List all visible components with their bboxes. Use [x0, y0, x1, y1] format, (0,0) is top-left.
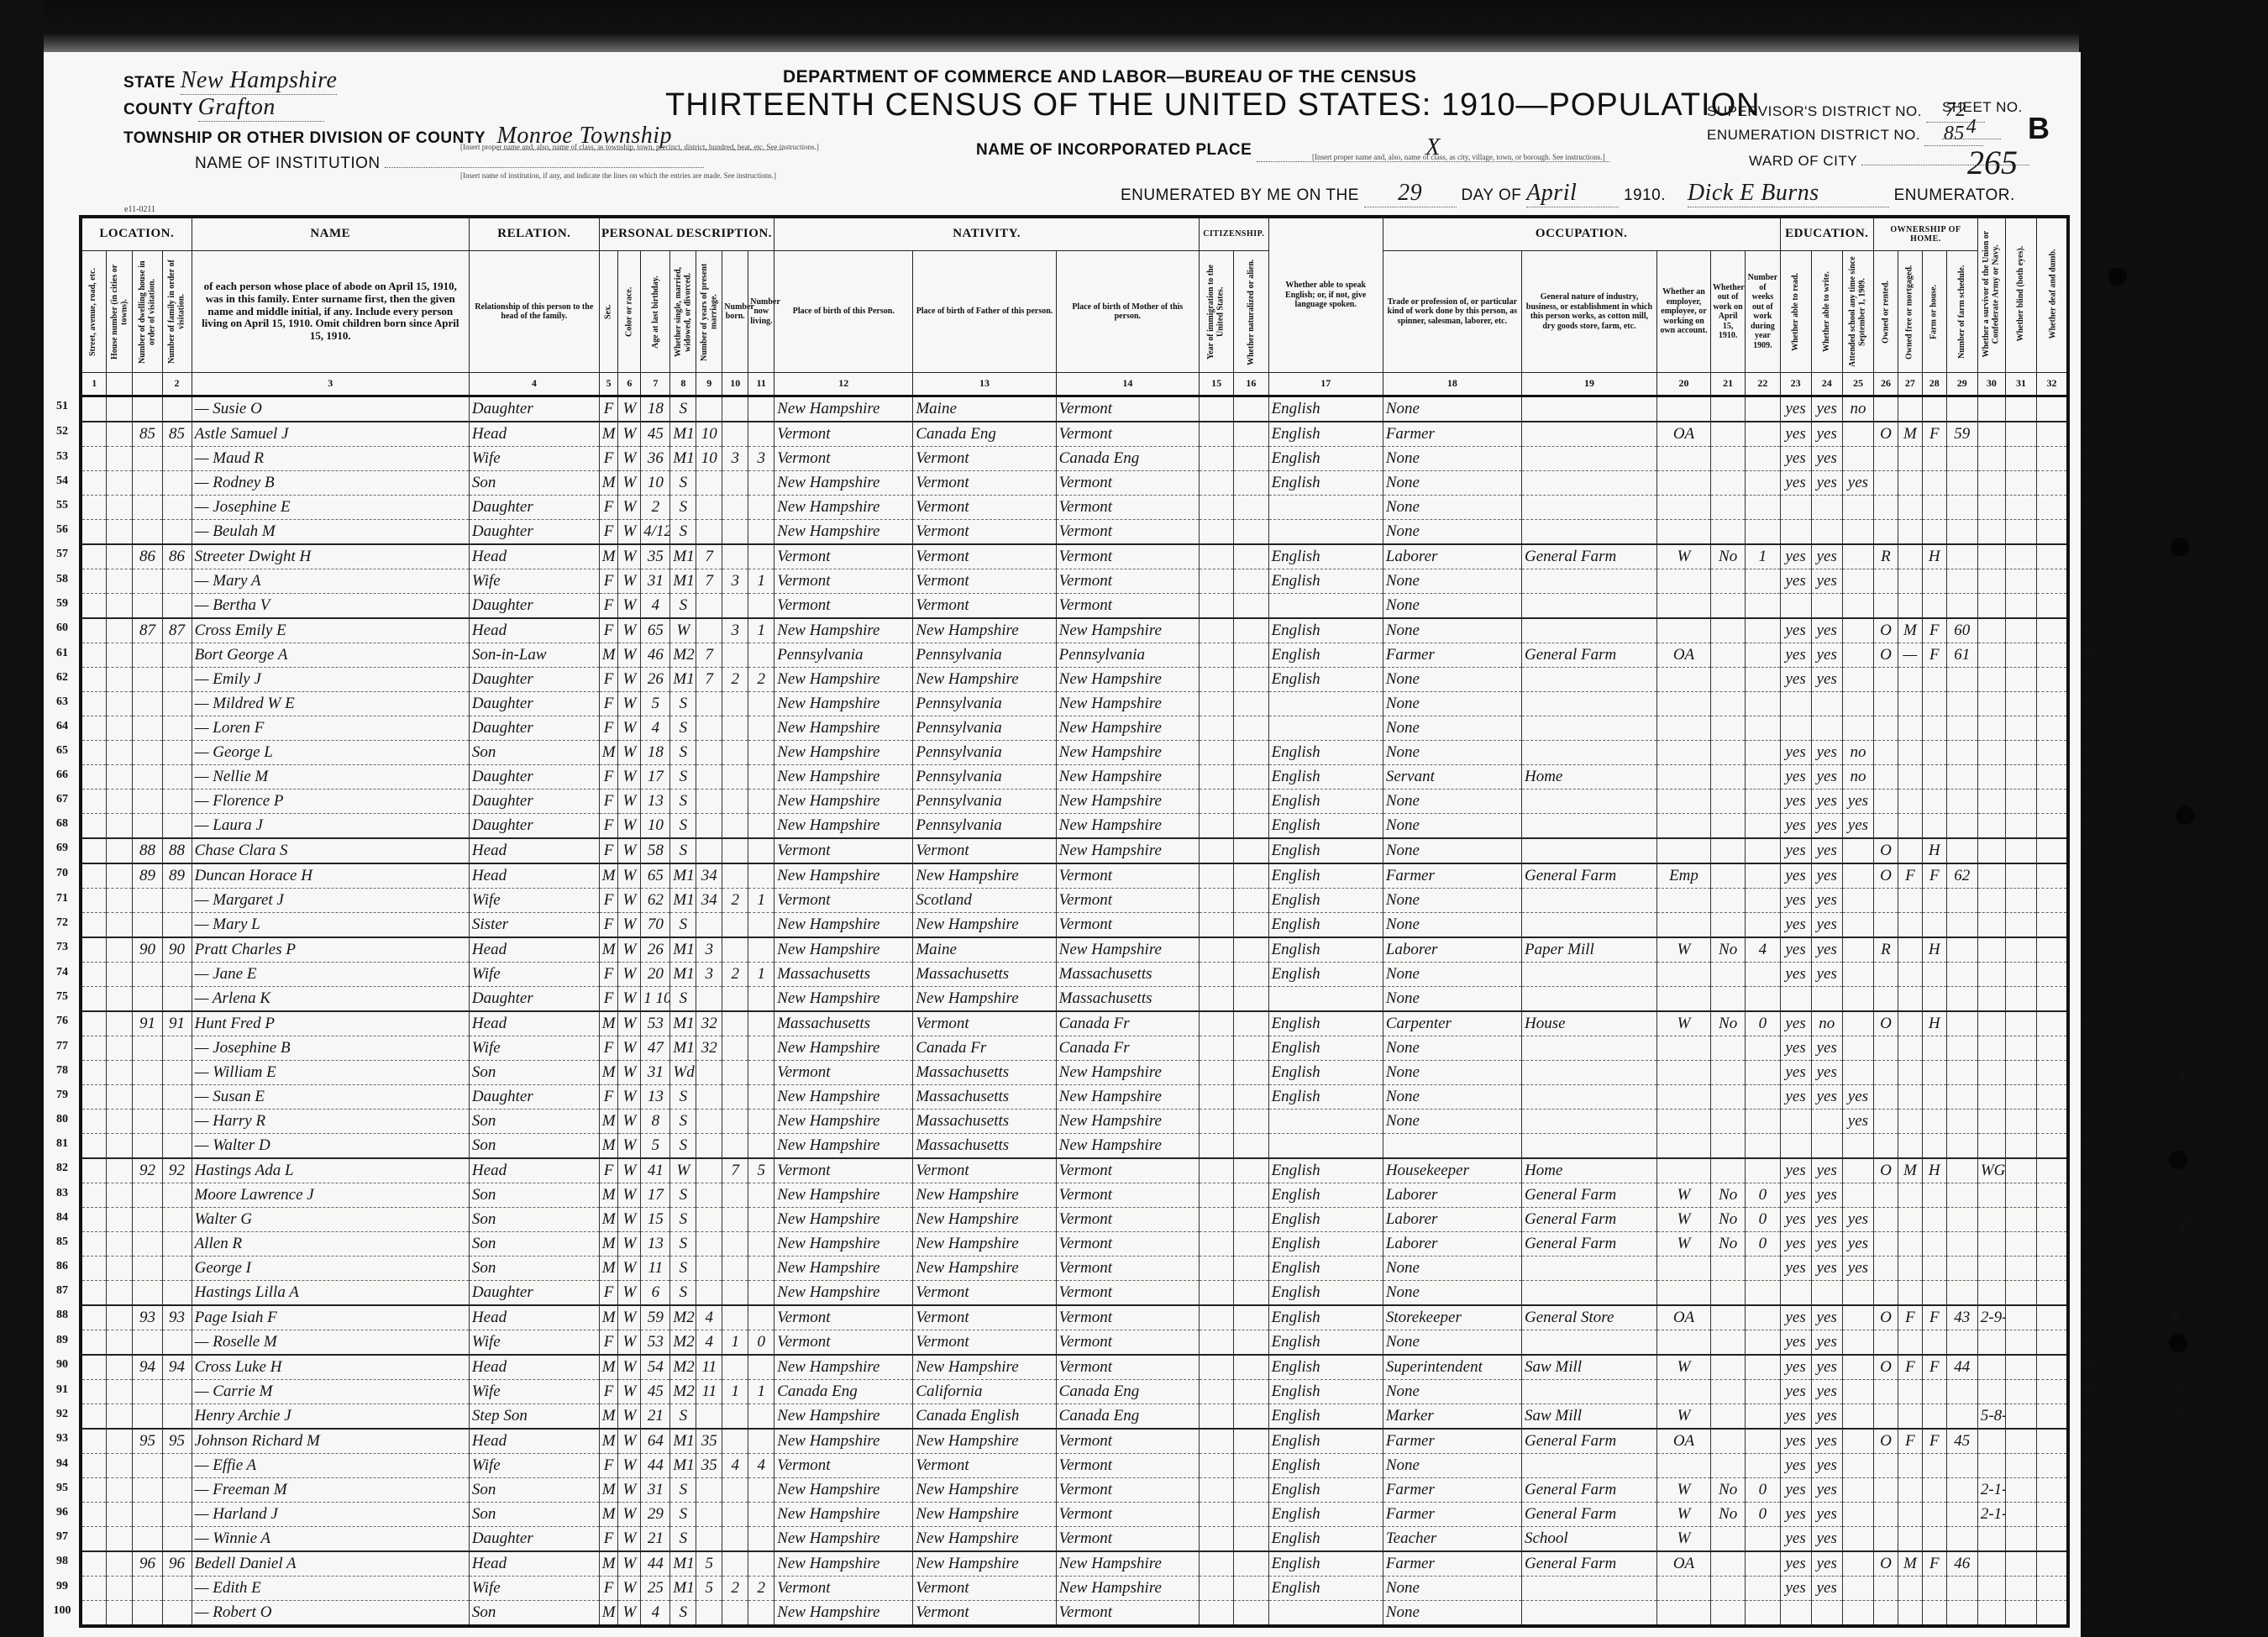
cell-empty — [1234, 692, 1268, 716]
line-number-left: 54 — [47, 475, 77, 488]
cell-years-married — [696, 496, 722, 520]
cell-read — [1780, 520, 1811, 545]
cell-empty — [107, 569, 133, 594]
cell-occupation: Laborer — [1383, 544, 1521, 569]
cell-sex: M — [599, 471, 618, 496]
cell-industry — [1521, 1380, 1656, 1404]
cell-out — [1710, 987, 1745, 1012]
cell-living: 2 — [748, 668, 774, 692]
cell-empty — [2005, 1061, 2036, 1085]
cell-years-married — [696, 1281, 722, 1306]
cell-occupation: None — [1383, 692, 1521, 716]
cell-birth: New Hampshire — [774, 496, 913, 520]
cell-industry — [1521, 569, 1656, 594]
cell-birth: New Hampshire — [774, 618, 913, 643]
cell-empty — [1234, 1257, 1268, 1281]
cell-own — [1874, 1257, 1898, 1281]
incorporated-place-note: [Insert proper name and, also, name of c… — [1312, 153, 1605, 161]
cell-birth: New Hampshire — [774, 1257, 913, 1281]
cell-write: yes — [1811, 643, 1842, 668]
cell-write: yes — [1811, 790, 1842, 814]
cell-empty — [2037, 1208, 2068, 1232]
cell-farm: H — [1922, 1158, 1946, 1183]
cell-extra — [1977, 422, 2005, 447]
cell-occupation: None — [1383, 1281, 1521, 1306]
cell-extra — [1977, 987, 2005, 1012]
cell-empty — [1234, 668, 1268, 692]
cell-schedule — [1946, 1208, 1977, 1232]
cell-schedule: 45 — [1946, 1429, 1977, 1454]
cell-own — [1874, 520, 1898, 545]
cell-emp — [1656, 471, 1710, 496]
column-number: 25 — [1842, 373, 1873, 396]
cell-english: English — [1268, 1380, 1383, 1404]
cell-emp — [1656, 1330, 1710, 1356]
line-number: 57 — [2075, 548, 2108, 561]
cell-empty — [1199, 1036, 1233, 1061]
cell-name: — Josephine B — [192, 1036, 469, 1061]
cell-birth: New Hampshire — [774, 790, 913, 814]
cell-marital: M1 — [670, 668, 696, 692]
cell-empty — [1234, 1355, 1268, 1380]
cell-empty — [1199, 1330, 1233, 1356]
cell-age: 4 — [641, 594, 670, 619]
line-number-left: 86 — [47, 1260, 77, 1273]
group-education: EDUCATION. — [1780, 217, 1874, 251]
cell-empty — [2037, 1355, 2068, 1380]
cell-race: W — [618, 1281, 641, 1306]
cell-weeks: 4 — [1746, 937, 1780, 963]
cell-age: 13 — [641, 790, 670, 814]
cell-extra — [1977, 396, 2005, 422]
cell-birth: Vermont — [774, 447, 913, 471]
cell-family — [162, 716, 192, 741]
cell-empty — [2037, 1085, 2068, 1110]
cell-free — [1898, 838, 1922, 863]
cell-weeks — [1746, 1429, 1780, 1454]
cell-father-birth: Vermont — [913, 1158, 1056, 1183]
cell-living — [748, 1061, 774, 1085]
cell-extra — [1977, 1355, 2005, 1380]
cell-empty — [1234, 1330, 1268, 1356]
cell-years-married: 35 — [696, 1429, 722, 1454]
line-number-left: 98 — [47, 1555, 77, 1568]
cell-extra — [1977, 765, 2005, 790]
cell-read: yes — [1780, 838, 1811, 863]
cell-marital: M1 — [670, 863, 696, 889]
cell-emp — [1656, 1134, 1710, 1159]
cell-empty — [2037, 1110, 2068, 1134]
cell-name: Allen R — [192, 1232, 469, 1257]
cell-father-birth: New Hampshire — [913, 1551, 1056, 1577]
table-row: — Walter DSonMW5SNew HampshireMassachuse… — [81, 1134, 2068, 1159]
table-row: — Carrie MWifeFW45M21111Canada EngCalifo… — [81, 1380, 2068, 1404]
cell-years-married — [696, 520, 722, 545]
cell-read — [1780, 1110, 1811, 1134]
cell-empty — [107, 1551, 133, 1577]
cell-dwelling — [133, 889, 162, 913]
cell-empty — [1199, 1158, 1233, 1183]
cell-write: yes — [1811, 963, 1842, 987]
enumerated-label: ENUMERATED BY ME ON THE — [1121, 186, 1359, 204]
cell-occupation: None — [1383, 496, 1521, 520]
cell-birth: New Hampshire — [774, 692, 913, 716]
cell-family — [162, 1330, 192, 1356]
cell-name: Cross Emily E — [192, 618, 469, 643]
cell-empty — [2005, 1158, 2036, 1183]
cell-age: 47 — [641, 1036, 670, 1061]
col23-header: Whether able to read. — [1780, 251, 1811, 373]
cell-race: W — [618, 1478, 641, 1503]
cell-born: 4 — [722, 1454, 748, 1478]
cell-school: no — [1842, 396, 1873, 422]
cell-living: 4 — [748, 1454, 774, 1478]
census-title: THIRTEENTH CENSUS OF THE UNITED STATES: … — [665, 87, 1761, 123]
cell-mother-birth: Vermont — [1056, 1503, 1199, 1527]
cell-age: 10 — [641, 471, 670, 496]
table-row: George ISonMW11SNew HampshireNew Hampshi… — [81, 1257, 2068, 1281]
cell-race: W — [618, 447, 641, 471]
cell-empty — [2005, 1355, 2036, 1380]
cell-extra — [1977, 889, 2005, 913]
cell-relation: Wife — [469, 1036, 599, 1061]
cell-living — [748, 716, 774, 741]
cell-schedule — [1946, 1257, 1977, 1281]
cell-farm: F — [1922, 643, 1946, 668]
cell-write — [1811, 1134, 1842, 1159]
cell-empty — [81, 716, 107, 741]
enumerated-day: 29 — [1364, 180, 1457, 207]
cell-empty — [81, 1085, 107, 1110]
table-row: 9191Hunt Fred PHeadMW53M132Massachusetts… — [81, 1011, 2068, 1036]
cell-born — [722, 1281, 748, 1306]
cell-free: F — [1898, 1429, 1922, 1454]
cell-relation: Wife — [469, 447, 599, 471]
cell-school — [1842, 1601, 1873, 1627]
cell-occupation: None — [1383, 1577, 1521, 1601]
cell-english — [1268, 520, 1383, 545]
cell-occupation: None — [1383, 594, 1521, 619]
cell-emp: W — [1656, 937, 1710, 963]
cell-free: F — [1898, 1355, 1922, 1380]
line-number-left: 79 — [47, 1089, 77, 1102]
cell-occupation: None — [1383, 790, 1521, 814]
cell-empty — [107, 963, 133, 987]
cell-father-birth: Vermont — [913, 544, 1056, 569]
cell-out — [1710, 1158, 1745, 1183]
cell-empty — [1234, 1551, 1268, 1577]
line-number-left: 82 — [47, 1162, 77, 1175]
cell-occupation: Farmer — [1383, 643, 1521, 668]
line-number: 79 — [2075, 1089, 2108, 1102]
table-row: — Susie ODaughterFW18SNew HampshireMaine… — [81, 396, 2068, 422]
cell-weeks — [1746, 496, 1780, 520]
cell-living — [748, 741, 774, 765]
cell-relation: Son — [469, 1503, 599, 1527]
cell-empty — [2005, 1601, 2036, 1627]
line-number-left: 71 — [47, 892, 77, 905]
cell-mother-birth: New Hampshire — [1056, 814, 1199, 839]
table-row: — Harland JSonMW29SNew HampshireNew Hamp… — [81, 1503, 2068, 1527]
cell-read: yes — [1780, 643, 1811, 668]
cell-free — [1898, 471, 1922, 496]
cell-sex: M — [599, 1355, 618, 1380]
cell-marital: S — [670, 1134, 696, 1159]
cell-birth: New Hampshire — [774, 520, 913, 545]
cell-birth: New Hampshire — [774, 1183, 913, 1208]
cell-farm — [1922, 1061, 1946, 1085]
table-row: Henry Archie JStep SonMW21SNew Hampshire… — [81, 1404, 2068, 1430]
cell-weeks — [1746, 741, 1780, 765]
cell-emp: OA — [1656, 1429, 1710, 1454]
cell-extra — [1977, 618, 2005, 643]
cell-english: English — [1268, 1281, 1383, 1306]
cell-birth: New Hampshire — [774, 1503, 913, 1527]
cell-years-married — [696, 618, 722, 643]
cell-own — [1874, 1503, 1898, 1527]
state-field: STATE New Hampshire — [123, 67, 337, 95]
cell-relation: Wife — [469, 1454, 599, 1478]
line-number-left: 59 — [47, 597, 77, 611]
cell-relation: Son — [469, 1208, 599, 1232]
cell-free — [1898, 1478, 1922, 1503]
line-number-left: 94 — [47, 1457, 77, 1471]
cell-empty — [1234, 1380, 1268, 1404]
cell-empty — [2005, 1134, 2036, 1159]
cell-school: yes — [1842, 1085, 1873, 1110]
cell-occupation: Laborer — [1383, 1183, 1521, 1208]
cell-mother-birth: New Hampshire — [1056, 838, 1199, 863]
cell-family — [162, 913, 192, 938]
line-number-left: 88 — [47, 1309, 77, 1322]
cell-relation: Daughter — [469, 987, 599, 1012]
cell-farm — [1922, 1257, 1946, 1281]
state-value: New Hampshire — [181, 67, 338, 95]
cell-farm: F — [1922, 1429, 1946, 1454]
cell-empty — [1234, 422, 1268, 447]
cell-father-birth: Vermont — [913, 447, 1056, 471]
line-number-left: 84 — [47, 1211, 77, 1225]
cell-occupation: None — [1383, 1330, 1521, 1356]
cell-empty — [1199, 1380, 1233, 1404]
cell-dwelling: 96 — [133, 1551, 162, 1577]
cell-empty — [2005, 1036, 2036, 1061]
cell-sex: F — [599, 716, 618, 741]
cell-empty — [107, 790, 133, 814]
cell-free — [1898, 1208, 1922, 1232]
cell-living — [748, 1355, 774, 1380]
cell-empty — [2005, 668, 2036, 692]
cell-empty — [2005, 1208, 2036, 1232]
punch-hole — [2176, 806, 2194, 825]
cell-read: yes — [1780, 741, 1811, 765]
cell-race: W — [618, 520, 641, 545]
cell-occupation: None — [1383, 1601, 1521, 1627]
cell-emp — [1656, 1380, 1710, 1404]
cell-out: No — [1710, 1011, 1745, 1036]
cell-father-birth: Pennsylvania — [913, 765, 1056, 790]
cell-weeks — [1746, 520, 1780, 545]
cell-weeks: 0 — [1746, 1232, 1780, 1257]
cell-relation: Son — [469, 741, 599, 765]
cell-school — [1842, 692, 1873, 716]
institution-value — [385, 167, 704, 168]
cell-own: R — [1874, 544, 1898, 569]
cell-years-married — [696, 1085, 722, 1110]
cell-empty — [107, 814, 133, 839]
township-note: [Insert proper name and, also, name of c… — [460, 143, 819, 151]
cell-emp: OA — [1656, 1305, 1710, 1330]
cell-dwelling — [133, 1404, 162, 1430]
table-row: 9696Bedell Daniel AHeadMW44M15New Hampsh… — [81, 1551, 2068, 1577]
cell-mother-birth: New Hampshire — [1056, 1551, 1199, 1577]
cell-empty — [81, 1355, 107, 1380]
cell-free — [1898, 741, 1922, 765]
cell-own: O — [1874, 1355, 1898, 1380]
cell-family: 88 — [162, 838, 192, 863]
cell-relation: Wife — [469, 1577, 599, 1601]
cell-empty — [2005, 1257, 2036, 1281]
cell-read: yes — [1780, 889, 1811, 913]
column-number: 5 — [599, 373, 618, 396]
cell-schedule — [1946, 963, 1977, 987]
cell-write — [1811, 987, 1842, 1012]
cell-name: Pratt Charles P — [192, 937, 469, 963]
cell-schedule — [1946, 447, 1977, 471]
cell-occupation: Housekeeper — [1383, 1158, 1521, 1183]
line-number: 61 — [2075, 647, 2108, 660]
cell-extra — [1977, 1208, 2005, 1232]
cell-schedule — [1946, 1085, 1977, 1110]
cell-school — [1842, 937, 1873, 963]
cell-free — [1898, 913, 1922, 938]
cell-years-married — [696, 471, 722, 496]
cell-industry — [1521, 1601, 1656, 1627]
cell-weeks — [1746, 765, 1780, 790]
cell-born — [722, 765, 748, 790]
cell-empty — [81, 863, 107, 889]
column-number: 13 — [913, 373, 1056, 396]
cell-mother-birth: Vermont — [1056, 1454, 1199, 1478]
cell-schedule — [1946, 765, 1977, 790]
cell-marital: S — [670, 1257, 696, 1281]
cell-living: 1 — [748, 1380, 774, 1404]
cell-free — [1898, 1454, 1922, 1478]
cell-race: W — [618, 1232, 641, 1257]
cell-relation: Daughter — [469, 814, 599, 839]
line-number-left: 69 — [47, 842, 77, 855]
cell-empty — [1199, 594, 1233, 619]
cell-sex: F — [599, 447, 618, 471]
cell-empty — [1199, 765, 1233, 790]
table-row: — Jane EWifeFW20M1321MassachusettsMassac… — [81, 963, 2068, 987]
cell-industry — [1521, 1134, 1656, 1159]
col7-header: Age at last birthday. — [641, 251, 670, 373]
col8-header: Whether single, married, widowed, or div… — [670, 251, 696, 373]
cell-born — [722, 790, 748, 814]
cell-mother-birth: Vermont — [1056, 1601, 1199, 1627]
cell-years-married: 5 — [696, 1577, 722, 1601]
cell-english: English — [1268, 471, 1383, 496]
cell-empty — [81, 1061, 107, 1085]
cell-birth: Massachusetts — [774, 963, 913, 987]
cell-years-married — [696, 1110, 722, 1134]
cell-born — [722, 1601, 748, 1627]
cell-empty — [81, 1454, 107, 1478]
cell-father-birth: Vermont — [913, 1305, 1056, 1330]
cell-empty — [1199, 889, 1233, 913]
cell-family — [162, 1232, 192, 1257]
cell-years-married — [696, 1601, 722, 1627]
column-number: 30 — [1977, 373, 2005, 396]
cell-family — [162, 1110, 192, 1134]
cell-relation: Wife — [469, 889, 599, 913]
cell-family — [162, 1478, 192, 1503]
cell-empty — [81, 594, 107, 619]
cell-sex: F — [599, 963, 618, 987]
cell-own — [1874, 1134, 1898, 1159]
cell-free: F — [1898, 863, 1922, 889]
cell-living — [748, 520, 774, 545]
cell-dwelling: 89 — [133, 863, 162, 889]
cell-race: W — [618, 643, 641, 668]
cell-weeks — [1746, 1061, 1780, 1085]
cell-write: yes — [1811, 863, 1842, 889]
cell-dwelling — [133, 471, 162, 496]
cell-english: English — [1268, 814, 1383, 839]
cell-read: yes — [1780, 396, 1811, 422]
cell-emp — [1656, 668, 1710, 692]
cell-schedule: 60 — [1946, 618, 1977, 643]
cell-age: 65 — [641, 863, 670, 889]
cell-extra — [1977, 471, 2005, 496]
cell-race: W — [618, 1355, 641, 1380]
cell-birth: New Hampshire — [774, 765, 913, 790]
column-number: 19 — [1521, 373, 1656, 396]
cell-empty — [81, 422, 107, 447]
cell-own — [1874, 889, 1898, 913]
cell-read: yes — [1780, 569, 1811, 594]
cell-father-birth: Massachusetts — [913, 1134, 1056, 1159]
cell-living — [748, 1281, 774, 1306]
cell-empty — [1199, 1305, 1233, 1330]
cell-empty — [107, 1478, 133, 1503]
cell-living: 1 — [748, 889, 774, 913]
cell-empty — [2037, 1305, 2068, 1330]
cell-emp — [1656, 1036, 1710, 1061]
cell-name: — Laura J — [192, 814, 469, 839]
cell-farm — [1922, 889, 1946, 913]
cell-read: yes — [1780, 790, 1811, 814]
cell-write: no — [1811, 1011, 1842, 1036]
cell-empty — [1199, 544, 1233, 569]
cell-family: 87 — [162, 618, 192, 643]
cell-schedule: 61 — [1946, 643, 1977, 668]
cell-free — [1898, 396, 1922, 422]
cell-empty — [81, 1011, 107, 1036]
cell-marital: S — [670, 987, 696, 1012]
cell-empty — [2037, 471, 2068, 496]
cell-dwelling — [133, 1134, 162, 1159]
cell-write: yes — [1811, 1036, 1842, 1061]
cell-race: W — [618, 913, 641, 938]
cell-birth: New Hampshire — [774, 987, 913, 1012]
cell-dwelling — [133, 1380, 162, 1404]
table-row: — Beulah MDaughterFW4/12SNew HampshireVe… — [81, 520, 2068, 545]
cell-empty — [1199, 1551, 1233, 1577]
cell-empty — [2037, 1429, 2068, 1454]
punch-hole — [2108, 267, 2127, 286]
